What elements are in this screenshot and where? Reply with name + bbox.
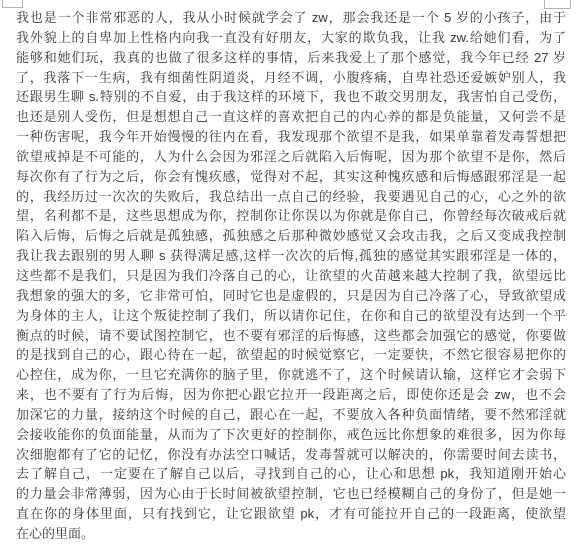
text-line: 陷入后悔，后悔之后就是孤独感，孤独感之后那种微妙感觉又会攻击我，之后又变成我控制 (16, 226, 566, 246)
text-line: 这些都不是我们，只是因为我们冷落自己的心，让欲望的火苗越来越大控制了我，欲望远比 (16, 266, 566, 286)
text-line: 衡点的时候，请不要试图控制它，也不要有邪淫的后悔感，这些都会加强它的感觉，你要做 (16, 326, 566, 346)
text-line: 每次你有了行为之后，你会有愧疚感，觉得对不起，其实这种愧疚感和后悔感跟邪淫是一起 (16, 167, 566, 187)
text-line: 直在你的身体里面，只有找到它，让它跟欲望 pk，才有可能拉开自己的一段距离，使欲… (16, 504, 566, 524)
text-line: 我也是一个非常邪恶的人，我从小时候就学会了 zw，那会我还是一个 5 岁的小孩子… (16, 8, 566, 28)
text-line: 的力量会非常薄弱，因为心由于长时间被欲望控制，它也已经模糊自己的身份了，但是她一 (16, 484, 566, 504)
corner-fragment-left (2, 0, 23, 8)
text-line: 来，也不要有了行为后悔，因为你把心跟它拉开一段距离之后，即使你还是会 zw，也不… (16, 385, 566, 405)
text-line: 心控住，成为你，一旦它充满你的脑子里，你就逃不了，这个时候请认输，这样它才会弱下 (16, 365, 566, 385)
text-line: 去了解自己，一定要在了解自己以后，寻找到自己的心，让心和思想 pk，我知道刚开始… (16, 464, 566, 484)
text-line: 为身体的主人，让这个叛徒控制了我们，所以请你记住，在你和自己的欲望没有达到一个平 (16, 306, 566, 326)
text-line: 我外貌上的自卑加上性格内向我一直没有好朋友，大家的欺负我，让我 zw.给她们看，… (16, 28, 566, 48)
paragraph: 我也是一个非常邪恶的人，我从小时候就学会了 zw，那会我还是一个 5 岁的小孩子… (16, 8, 566, 544)
text-line: 的是找到自己的心，跟心待在一起，欲望起的时候觉察它，一定要快，不然它很容易把你的 (16, 345, 566, 365)
text-line: 次细胞都有了它的记忆，你没有办法空口喊话，发毒誓就可以解决的，你需要时间去读书， (16, 445, 566, 465)
text-line: 还跟男生聊 s.特别的不自爱，由于我这样的环境下，我也不敢交男朋友，我害怕自己受… (16, 87, 566, 107)
text-line: 加深它的力量，接纳这个时候的自己，跟心在一起，不要放入各种负面情绪，要不然邪淫就 (16, 405, 566, 425)
text-line: 一种伤害呢，我今年开始慢慢的往内在看，我发现那个欲望不是我，如果单靠着发毒誓想把 (16, 127, 566, 147)
text-line: 我想象的强大的多，它非常可怕，同时它也是虚假的，只是因为自己冷落了心，导致欲望成 (16, 286, 566, 306)
text-line: 了，我落下一生病，我有细菌性阴道炎，月经不调，小腹疼痛，自卑社恐还爱嫉妒别人，我 (16, 68, 566, 88)
text-line: 望，名利都不是，这些思想成为你，控制你让你误以为你就是你自己，你曾经每次破戒后就 (16, 206, 566, 226)
text-line: 在心的里面。 (16, 524, 566, 544)
text-line: 我让我去跟别的男人聊 s 获得满足感,这样一次次的后悔,孤独的感觉其实跟邪淫是一… (16, 246, 566, 266)
text-line: 的，我经历过一次次的失败后，我总结出一点自己的经验，我要遇见自己的心，心之外的欲 (16, 187, 566, 207)
text-line: 欲望戒掉是不可能的，人为什么会因为邪淫之后就陷入后悔呢，因为那个欲望不是你，然后 (16, 147, 566, 167)
text-line: 能够和她们玩，我真的也做了很多这样的事情，后来我爱上了那个感觉，我今年已经 27… (16, 48, 566, 68)
text-line: 也还是别人受伤，但是想想自己一直这样的喜欢把自己的内心养的都是负能量，又何尝不是 (16, 107, 566, 127)
text-line: 会接收能你的负面能量，从而为了下次更好的控制你，戒色远比你想象的难很多，因为你每 (16, 425, 566, 445)
